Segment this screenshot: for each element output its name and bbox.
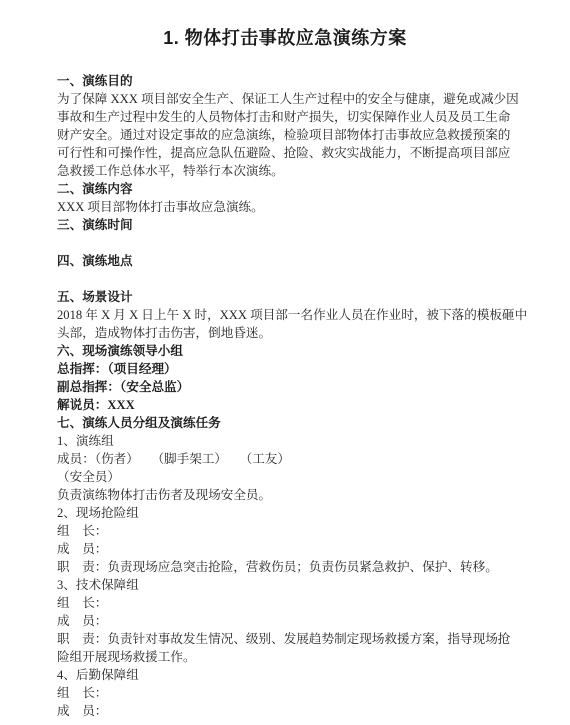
text-line: 2018 年 X 月 X 日上午 X 时，XXX 项目部一名作业人员在作业时，被… bbox=[57, 306, 527, 324]
document-title: 1. 物体打击事故应急演练方案 bbox=[0, 24, 570, 50]
blank-line bbox=[57, 270, 527, 288]
document-body: 一、演练目的为了保障 XXX 项目部安全生产、保证工人生产过程中的安全与健康，避… bbox=[57, 72, 527, 720]
heading-line: 副总指挥：（安全总监） bbox=[57, 378, 527, 396]
document-page: 1. 物体打击事故应急演练方案 一、演练目的为了保障 XXX 项目部安全生产、保… bbox=[0, 0, 570, 725]
heading-line: 二、演练内容 bbox=[57, 180, 527, 198]
heading-line: 五、场景设计 bbox=[57, 288, 527, 306]
text-line: （安全员） bbox=[57, 468, 527, 486]
text-line: 2、现场抢险组 bbox=[57, 504, 527, 522]
text-line: 职 责：负责针对事故发生情况、级别、发展趋势制定现场救援方案，指导现场抢 bbox=[57, 630, 527, 648]
text-line: 急救援工作总体水平，特举行本次演练。 bbox=[57, 162, 527, 180]
text-line: 1、演练组 bbox=[57, 432, 527, 450]
heading-line: 七、演练人员分组及演练任务 bbox=[57, 414, 527, 432]
heading-line: 一、演练目的 bbox=[57, 72, 527, 90]
text-line: 事故和生产过程中发生的人员物体打击和财产损失，切实保障作业人员及员工生命 bbox=[57, 108, 527, 126]
heading-line: 三、演练时间 bbox=[57, 216, 527, 234]
text-line: 成员：（伤者） （脚手架工） （工友） bbox=[57, 450, 527, 468]
text-line: 险组开展现场救援工作。 bbox=[57, 648, 527, 666]
text-line: 组 长： bbox=[57, 594, 527, 612]
heading-line: 四、演练地点 bbox=[57, 252, 527, 270]
text-line: 成 员： bbox=[57, 540, 527, 558]
text-line: 组 长： bbox=[57, 522, 527, 540]
text-line: 负责演练物体打击伤者及现场安全员。 bbox=[57, 486, 527, 504]
heading-line: 总指挥：（项目经理） bbox=[57, 360, 527, 378]
text-line: 组 长： bbox=[57, 684, 527, 702]
text-line: 成 员： bbox=[57, 612, 527, 630]
text-line: 4、后勤保障组 bbox=[57, 666, 527, 684]
text-line: XXX 项目部物体打击事故应急演练。 bbox=[57, 198, 527, 216]
text-line: 3、技术保障组 bbox=[57, 576, 527, 594]
text-line: 为了保障 XXX 项目部安全生产、保证工人生产过程中的安全与健康，避免或减少因 bbox=[57, 90, 527, 108]
text-line: 可行性和可操作性，提高应急队伍避险、抢险、救灾实战能力，不断提高项目部应 bbox=[57, 144, 527, 162]
blank-line bbox=[57, 234, 527, 252]
heading-line: 六、现场演练领导小组 bbox=[57, 342, 527, 360]
text-line: 财产安全。通过对设定事故的应急演练，检验项目部物体打击事故应急救援预案的 bbox=[57, 126, 527, 144]
text-line: 成 员： bbox=[57, 702, 527, 720]
heading-line: 解说员：XXX bbox=[57, 396, 527, 414]
text-line: 头部，造成物体打击伤害，倒地昏迷。 bbox=[57, 324, 527, 342]
text-line: 职 责：负责现场应急突击抢险，营救伤员；负责伤员紧急救护、保护、转移。 bbox=[57, 558, 527, 576]
